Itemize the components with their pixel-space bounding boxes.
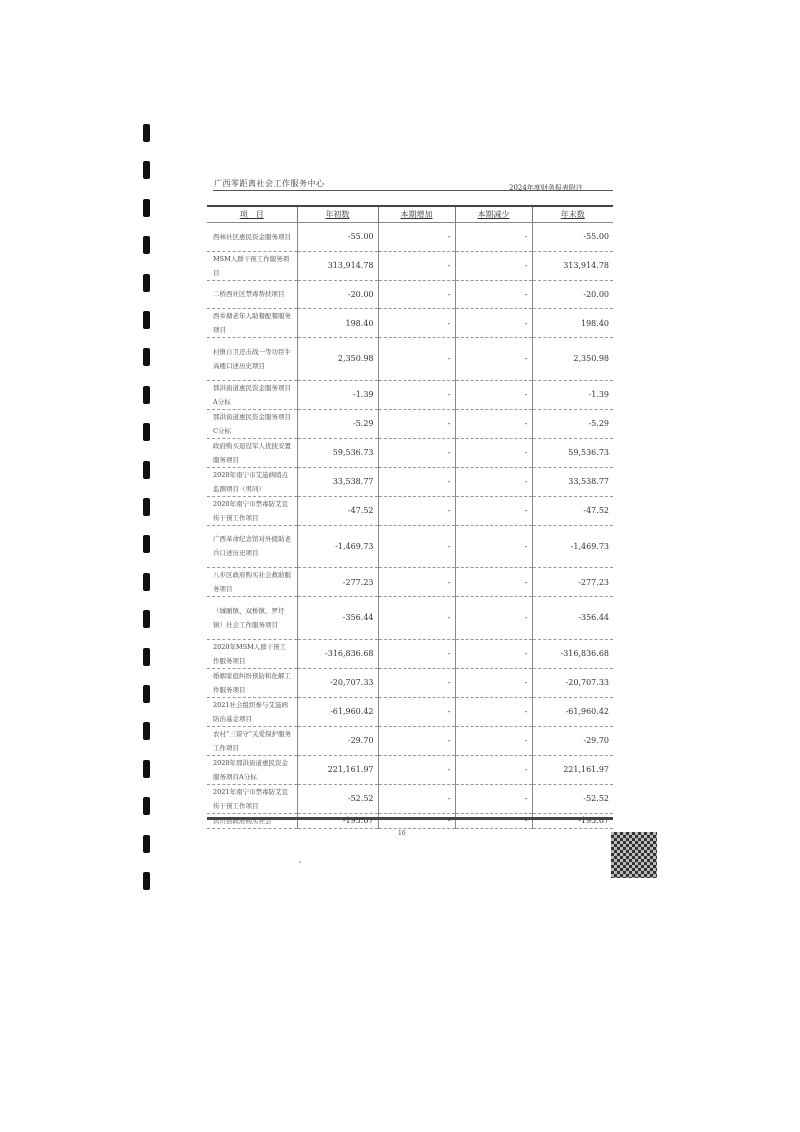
row-decrease: - (455, 525, 532, 568)
row-opening-balance: -47.52 (297, 496, 378, 525)
row-closing-balance: -356.44 (532, 597, 613, 640)
row-closing-balance: -193.07 (532, 813, 613, 828)
row-closing-balance: 59,536.73 (532, 438, 613, 467)
binding-mark (143, 760, 150, 778)
row-increase: - (378, 755, 455, 784)
row-closing-balance: -52.52 (532, 784, 613, 813)
row-opening-balance: 221,161.97 (297, 755, 378, 784)
row-increase: - (378, 597, 455, 640)
row-opening-balance: -5.29 (297, 409, 378, 438)
row-item-name: 那洪街道惠民资金服务项目C分标 (207, 409, 297, 438)
row-decrease: - (455, 726, 532, 755)
table-row: 宾川县政府购买社会-193.07---193.07 (207, 813, 613, 828)
row-increase: - (378, 409, 455, 438)
row-opening-balance: -61,960.42 (297, 697, 378, 726)
table-row: 政府购买退役军人优抚安置服务项目59,536.73--59,536.73 (207, 438, 613, 467)
row-item-name: 西乡塘老年人助餐配餐服务项目 (207, 309, 297, 338)
binding-mark (143, 535, 150, 553)
row-closing-balance: -29.70 (532, 726, 613, 755)
row-decrease: - (455, 597, 532, 640)
row-closing-balance: -1,469.73 (532, 525, 613, 568)
table-row: 2021社会组织参与艾滋病防治基金项目-61,960.42---61,960.4… (207, 697, 613, 726)
row-decrease: - (455, 697, 532, 726)
row-decrease: - (455, 409, 532, 438)
table-bottom-rule (207, 817, 613, 820)
row-increase: - (378, 380, 455, 409)
row-closing-balance: -277.23 (532, 568, 613, 597)
row-item-name: 村镇自卫还击战一等功臣牛高楼口述历史项目 (207, 338, 297, 381)
row-increase: - (378, 280, 455, 309)
report-title: 2024年度财务报表附注 (509, 183, 583, 193)
binding-mark (143, 274, 150, 292)
table-row: 婚姻家庭纠纷预防和化解工作服务项目-20,707.33---20,707.33 (207, 668, 613, 697)
row-increase: - (378, 726, 455, 755)
row-item-name: 广西革命纪念馆对外援助老兵口述历史项目 (207, 525, 297, 568)
row-closing-balance: -20,707.33 (532, 668, 613, 697)
row-item-name: 宾川县政府购买社会 (207, 813, 297, 828)
binding-mark (143, 236, 150, 254)
column-header-closing: 年末数 (532, 207, 613, 223)
binding-mark (143, 386, 150, 404)
binding-mark (143, 124, 150, 142)
table-row: 那洪街道惠民资金服务项目C分标-5.29---5.29 (207, 409, 613, 438)
row-decrease: - (455, 223, 532, 252)
row-closing-balance: -20.00 (532, 280, 613, 309)
table-header-row: 项 目 年初数 本期增加 本期减少 年末数 (207, 207, 613, 223)
row-decrease: - (455, 338, 532, 381)
column-header-increase: 本期增加 (378, 207, 455, 223)
binding-mark (143, 461, 150, 479)
table-row: 二桥西社区禁毒帮扶项目-20.00---20.00 (207, 280, 613, 309)
binding-mark (143, 648, 150, 666)
row-increase: - (378, 496, 455, 525)
row-item-name: 婚姻家庭纠纷预防和化解工作服务项目 (207, 668, 297, 697)
binding-mark (143, 348, 150, 366)
row-decrease: - (455, 755, 532, 784)
table-row: 西林社区惠民资金服务项目-55.00---55.00 (207, 223, 613, 252)
organization-name: 广西零距离社会工作服务中心 (214, 178, 325, 189)
row-item-name: 政府购买退役军人优抚安置服务项目 (207, 438, 297, 467)
table-row: 2021年南宁市禁毒防艾宣传干预工作项目-52.52---52.52 (207, 784, 613, 813)
column-header-item: 项 目 (207, 207, 297, 223)
row-increase: - (378, 338, 455, 381)
row-closing-balance: -47.52 (532, 496, 613, 525)
row-decrease: - (455, 280, 532, 309)
row-item-name: MSM人群干预工作服务项目 (207, 251, 297, 280)
row-closing-balance: -61,960.42 (532, 697, 613, 726)
qr-code (611, 832, 657, 878)
table-row: MSM人群干预工作服务项目313,914.78--313,914.78 (207, 251, 613, 280)
row-opening-balance: -193.07 (297, 813, 378, 828)
row-decrease: - (455, 438, 532, 467)
row-increase: - (378, 668, 455, 697)
table-row: 2020年那洪街道惠民资金服务项目A分标221,161.97--221,161.… (207, 755, 613, 784)
row-increase: - (378, 697, 455, 726)
row-item-name: 2020年南宁市艾滋病哨点监测项目（男同） (207, 467, 297, 496)
binding-mark (143, 199, 150, 217)
row-increase: - (378, 309, 455, 338)
row-closing-balance: 198.40 (532, 309, 613, 338)
row-decrease: - (455, 309, 532, 338)
binding-mark (143, 423, 150, 441)
row-opening-balance: 198.40 (297, 309, 378, 338)
binding-mark (143, 311, 150, 329)
row-item-name: 2020年那洪街道惠民资金服务项目A分标 (207, 755, 297, 784)
table-row: 村镇自卫还击战一等功臣牛高楼口述历史项目2,350.98--2,350.98 (207, 338, 613, 381)
row-closing-balance: -5.29 (532, 409, 613, 438)
row-closing-balance: 2,350.98 (532, 338, 613, 381)
row-opening-balance: 59,536.73 (297, 438, 378, 467)
row-increase: - (378, 467, 455, 496)
row-opening-balance: -277.23 (297, 568, 378, 597)
row-item-name: 2021年南宁市禁毒防艾宣传干预工作项目 (207, 784, 297, 813)
row-closing-balance: -316,836.68 (532, 639, 613, 668)
binding-mark (143, 573, 150, 591)
row-opening-balance: -20.00 (297, 280, 378, 309)
column-header-opening: 年初数 (297, 207, 378, 223)
row-increase: - (378, 639, 455, 668)
row-increase: - (378, 251, 455, 280)
row-opening-balance: -29.70 (297, 726, 378, 755)
row-closing-balance: 33,538.77 (532, 467, 613, 496)
row-closing-balance: 221,161.97 (532, 755, 613, 784)
row-item-name: 农村“三留守”关爱保护服务工作项目 (207, 726, 297, 755)
header-divider (213, 190, 613, 191)
table-row: 2020年南宁市艾滋病哨点监测项目（男同）33,538.77--33,538.7… (207, 467, 613, 496)
row-opening-balance: -356.44 (297, 597, 378, 640)
row-item-name: 那洪街道惠民资金服务项目A分标 (207, 380, 297, 409)
page-number: 16 (398, 830, 406, 837)
row-opening-balance: -316,836.68 (297, 639, 378, 668)
row-decrease: - (455, 467, 532, 496)
row-opening-balance: -52.52 (297, 784, 378, 813)
binding-mark (143, 835, 150, 853)
row-closing-balance: -1.39 (532, 380, 613, 409)
row-opening-balance: -20,707.33 (297, 668, 378, 697)
row-item-name: 2020年MSM人群干预工作服务项目 (207, 639, 297, 668)
table-row: 2020年MSM人群干预工作服务项目-316,836.68---316,836.… (207, 639, 613, 668)
speck (299, 861, 301, 863)
row-increase: - (378, 525, 455, 568)
row-opening-balance: -1.39 (297, 380, 378, 409)
row-item-name: 八步区政府购买社会救助服务项目 (207, 568, 297, 597)
row-closing-balance: 313,914.78 (532, 251, 613, 280)
row-increase: - (378, 223, 455, 252)
binding-mark (143, 872, 150, 890)
row-item-name: 2020年南宁市禁毒防艾宣传干预工作项目 (207, 496, 297, 525)
binding-mark (143, 498, 150, 516)
row-increase: - (378, 784, 455, 813)
column-header-decrease: 本期减少 (455, 207, 532, 223)
binding-mark (143, 722, 150, 740)
table-row: 那洪街道惠民资金服务项目A分标-1.39---1.39 (207, 380, 613, 409)
table-row: （城厢镇、双桥镇、罗圩镇）社会工作服务项目-356.44---356.44 (207, 597, 613, 640)
row-decrease: - (455, 784, 532, 813)
row-decrease: - (455, 251, 532, 280)
row-closing-balance: -55.00 (532, 223, 613, 252)
binding-mark (143, 610, 150, 628)
binding-mark (143, 685, 150, 703)
row-increase: - (378, 568, 455, 597)
row-opening-balance: 313,914.78 (297, 251, 378, 280)
row-decrease: - (455, 568, 532, 597)
row-opening-balance: -55.00 (297, 223, 378, 252)
row-decrease: - (455, 380, 532, 409)
table-row: 农村“三留守”关爱保护服务工作项目-29.70---29.70 (207, 726, 613, 755)
row-item-name: 西林社区惠民资金服务项目 (207, 223, 297, 252)
binding-mark (143, 161, 150, 179)
row-item-name: （城厢镇、双桥镇、罗圩镇）社会工作服务项目 (207, 597, 297, 640)
row-decrease: - (455, 639, 532, 668)
binding-mark (143, 797, 150, 815)
table-row: 八步区政府购买社会救助服务项目-277.23---277.23 (207, 568, 613, 597)
table-row: 西乡塘老年人助餐配餐服务项目198.40--198.40 (207, 309, 613, 338)
row-increase: - (378, 813, 455, 828)
row-item-name: 2021社会组织参与艾滋病防治基金项目 (207, 697, 297, 726)
row-opening-balance: 33,538.77 (297, 467, 378, 496)
row-item-name: 二桥西社区禁毒帮扶项目 (207, 280, 297, 309)
row-opening-balance: 2,350.98 (297, 338, 378, 381)
financial-table: 项 目 年初数 本期增加 本期减少 年末数 西林社区惠民资金服务项目-55.00… (207, 207, 613, 829)
row-increase: - (378, 438, 455, 467)
row-decrease: - (455, 813, 532, 828)
row-opening-balance: -1,469.73 (297, 525, 378, 568)
row-decrease: - (455, 496, 532, 525)
table-row: 广西革命纪念馆对外援助老兵口述历史项目-1,469.73---1,469.73 (207, 525, 613, 568)
table-row: 2020年南宁市禁毒防艾宣传干预工作项目-47.52---47.52 (207, 496, 613, 525)
row-decrease: - (455, 668, 532, 697)
